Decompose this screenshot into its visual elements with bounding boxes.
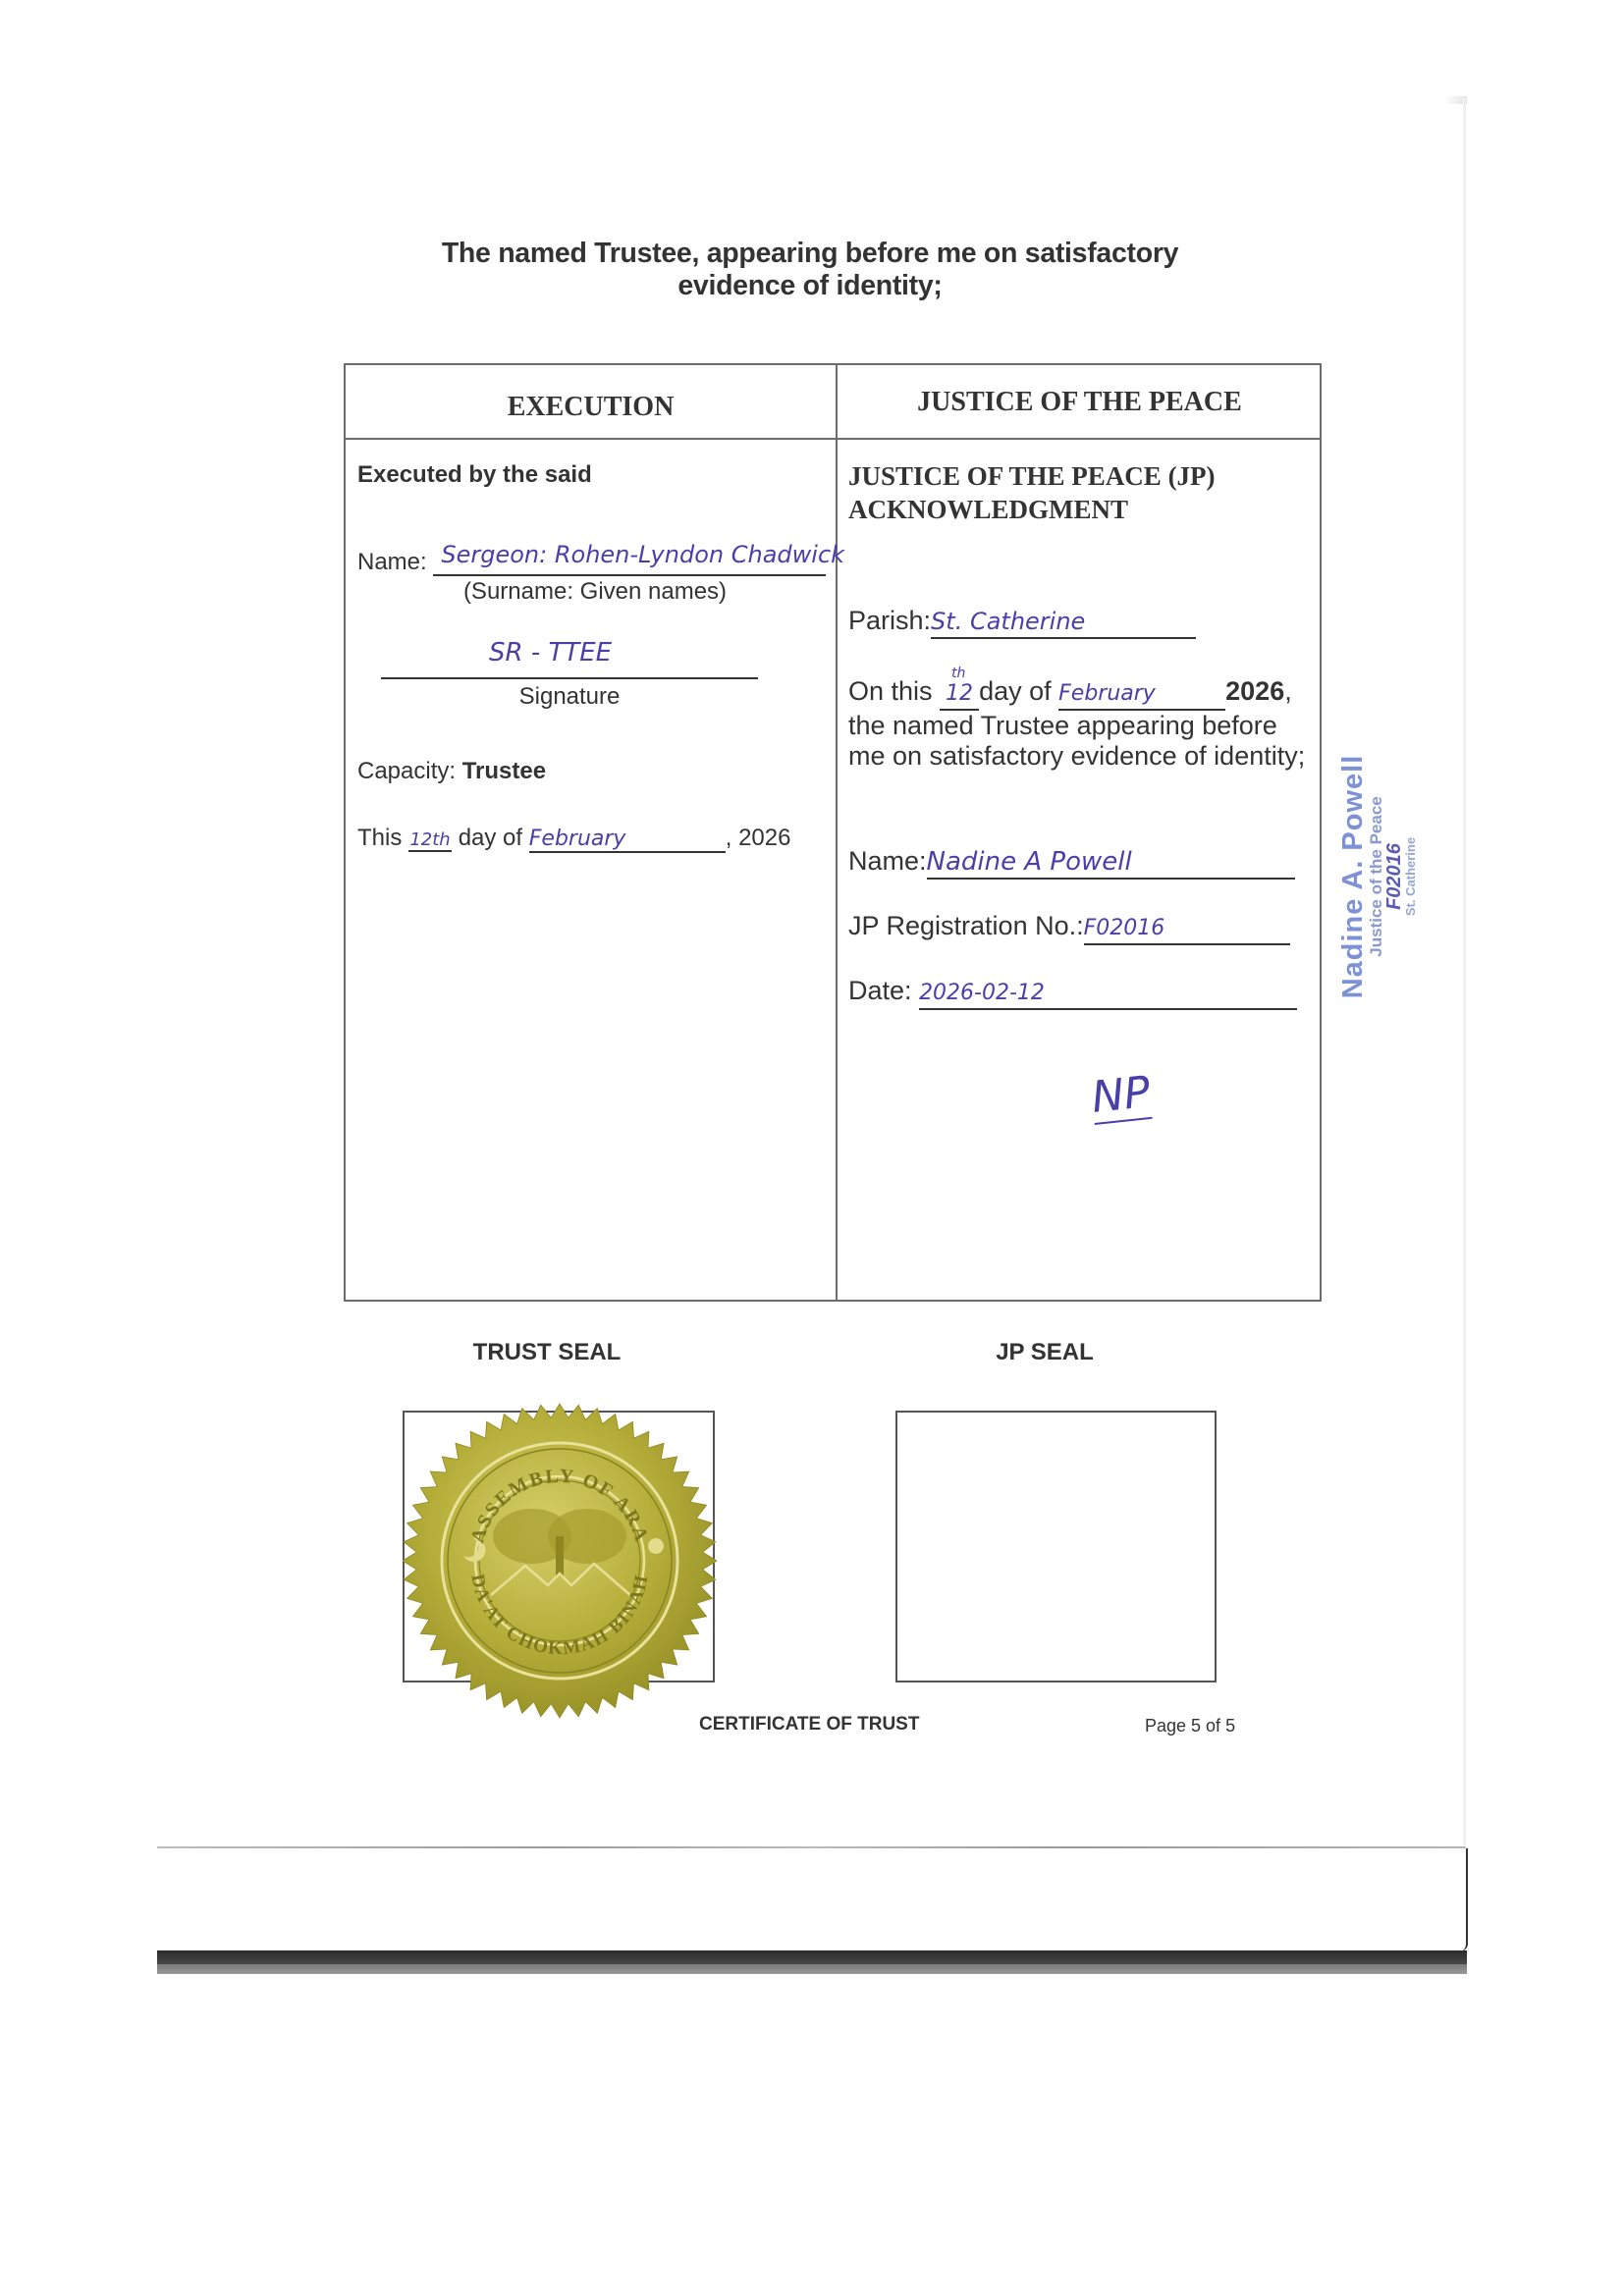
paper-right-edge (1463, 98, 1466, 1845)
execution-name-label: Name: (357, 549, 427, 575)
footer-page-number: Page 5 of 5 (1145, 1716, 1235, 1736)
signature-caption: Signature (381, 683, 758, 711)
jp-date-field[interactable]: 2026-02-12 (919, 978, 1297, 1010)
jp-stamp: Nadine A. Powell Justice of the Peace F0… (1338, 734, 1436, 1019)
jp-year: 2026 (1225, 676, 1284, 706)
name-caption: (Surname: Given names) (428, 578, 762, 606)
on-this-label: On this (848, 676, 933, 706)
jp-title-line-2: ACKNOWLEDGMENT (848, 493, 1216, 526)
execution-month-field[interactable]: February (529, 827, 726, 853)
capacity-label: Capacity: (357, 758, 456, 784)
jp-registration-field[interactable]: F02016 (1084, 913, 1290, 945)
executed-by-label: Executed by the said (357, 461, 592, 489)
jp-name-field[interactable]: Nadine A Powell (927, 847, 1295, 880)
scan-strip (157, 1964, 1467, 1974)
stamp-name: Nadine A. Powell (1338, 734, 1368, 1019)
trust-seal-label: TRUST SEAL (449, 1339, 645, 1366)
execution-year: , 2026 (726, 825, 791, 851)
jp-date-row: Date: 2026-02-12 (848, 976, 1297, 1010)
jp-month-field[interactable]: February (1058, 678, 1225, 711)
header-execution: EXECUTION (346, 365, 836, 438)
capacity-row: Capacity: Trustee (357, 758, 546, 785)
jp-declaration: On this 12thday of February2026, the nam… (848, 676, 1310, 772)
jp-seal-label: JP SEAL (947, 1339, 1143, 1366)
day-of-label: day of (979, 676, 1052, 706)
jp-day-suffix: th (951, 659, 965, 689)
jp-registration-label: JP Registration No.: (848, 911, 1084, 940)
parish-row: Parish:St. Catherine (848, 606, 1196, 639)
jp-name-row: Name:Nadine A Powell (848, 846, 1295, 880)
date-mid: day of (459, 825, 522, 851)
jp-date-label: Date: (848, 976, 912, 1005)
intro-line-1: The named Trustee, appearing before me o… (393, 238, 1227, 270)
trust-seal-emblem: ASSEMBLY OF ARA DA'AT CHOKMAH BINAH (403, 1399, 717, 1723)
footer-document-title: CERTIFICATE OF TRUST (699, 1714, 919, 1735)
jp-registration-row: JP Registration No.:F02016 (848, 911, 1290, 945)
intro-heading: The named Trustee, appearing before me o… (393, 238, 1227, 302)
execution-name-row: Name: Sergeon: Rohen-Lyndon Chadwick (357, 545, 826, 576)
header-divider (346, 438, 1320, 440)
signature-field[interactable]: SR - TTEE (381, 638, 758, 679)
capacity-value: Trustee (462, 758, 546, 784)
stamp-number: F02016 (1385, 734, 1403, 1019)
scan-shadow (157, 1950, 1467, 1964)
scan-backing-sheet (157, 1848, 1468, 1951)
execution-name-field[interactable]: Sergeon: Rohen-Lyndon Chadwick (433, 545, 826, 576)
jp-name-label: Name: (848, 846, 927, 876)
parish-label: Parish: (848, 606, 931, 635)
jp-title-line-1: JUSTICE OF THE PEACE (JP) (848, 459, 1216, 493)
date-prefix: This (357, 825, 402, 851)
jp-seal-box (895, 1411, 1217, 1682)
parish-field[interactable]: St. Catherine (931, 607, 1196, 639)
execution-date-row: This 12th day of February, 2026 (357, 825, 790, 853)
execution-day-field[interactable]: 12th (408, 829, 452, 852)
jp-signature: NP (1089, 1067, 1153, 1125)
execution-signature: SR - TTEE (489, 638, 612, 667)
jp-day-field[interactable]: 12th (940, 678, 979, 711)
intro-line-2: evidence of identity; (393, 270, 1227, 302)
stamp-parish: St. Catherine (1403, 734, 1418, 1019)
column-divider (836, 365, 838, 1300)
execution-name-value: Sergeon: Rohen-Lyndon Chadwick (441, 541, 844, 568)
jp-acknowledgment-title: JUSTICE OF THE PEACE (JP) ACKNOWLEDGMENT (848, 459, 1216, 526)
header-justice: JUSTICE OF THE PEACE (838, 365, 1322, 438)
execution-table: EXECUTION JUSTICE OF THE PEACE Executed … (344, 363, 1322, 1302)
